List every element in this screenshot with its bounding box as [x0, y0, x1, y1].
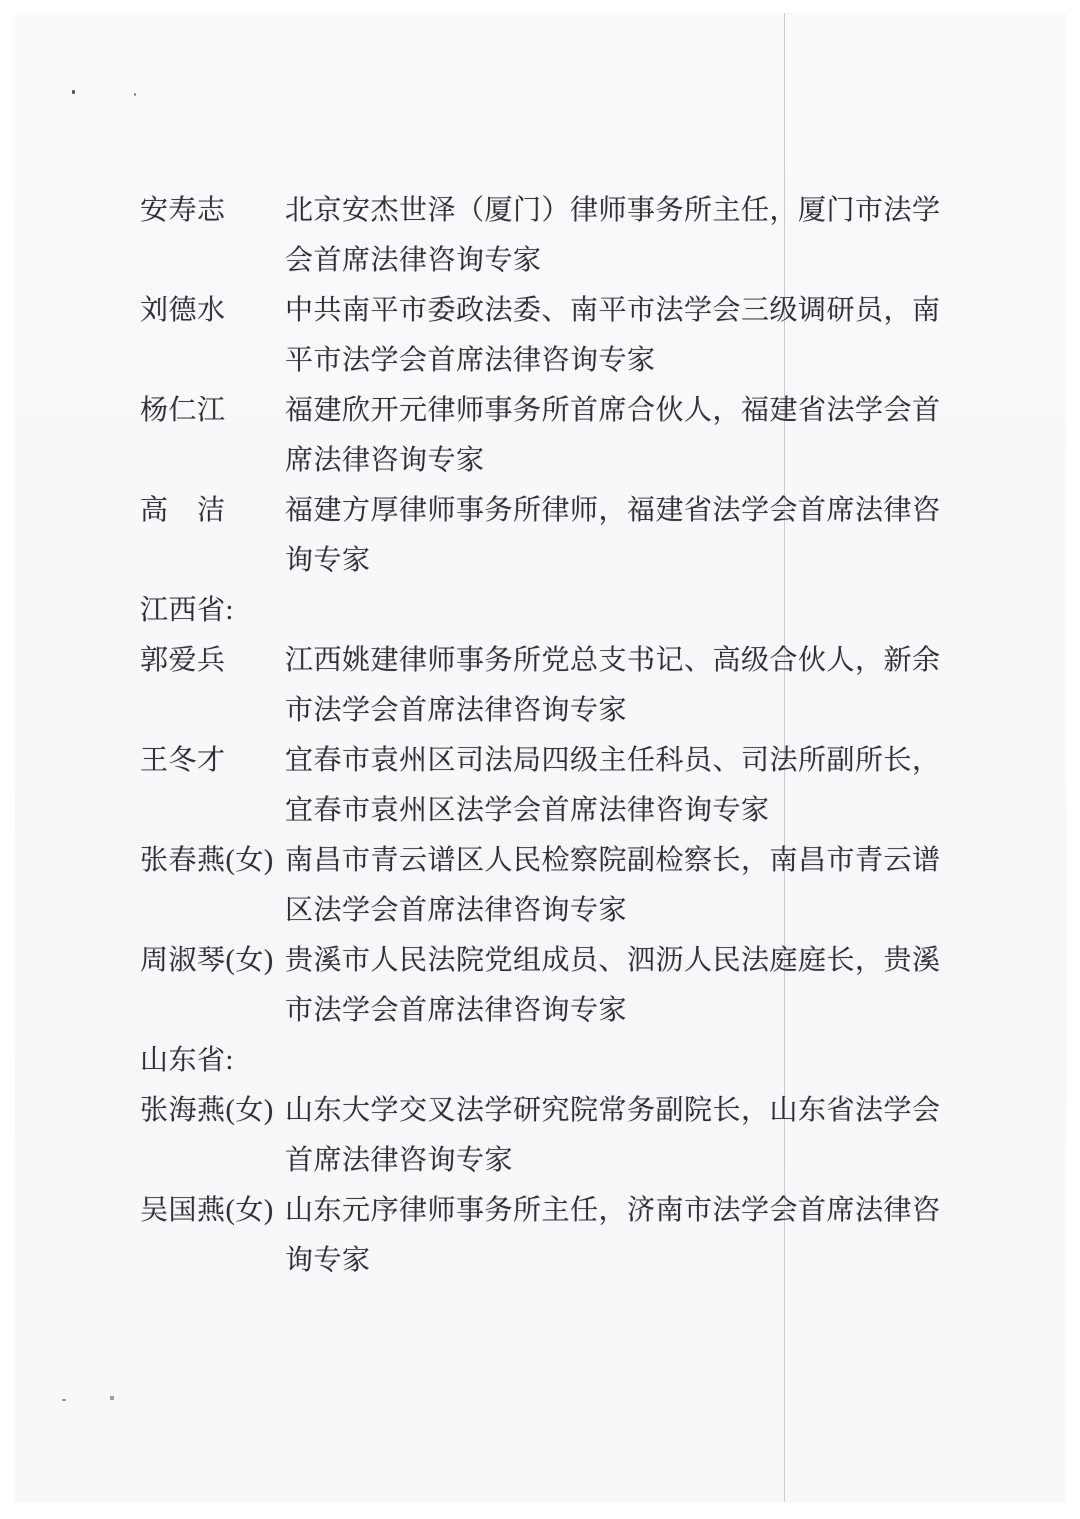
expert-name: 周淑琴(女): [140, 936, 274, 986]
expert-description-line: 区法学会首席法律咨询专家: [285, 886, 970, 936]
expert-roster: 安寿志北京安杰世泽（厦门）律师事务所主任，厦门市法学会首席法律咨询专家刘德水中共…: [140, 186, 970, 1286]
expert-name: 王冬才: [140, 736, 226, 786]
expert-description-line: 福建欣开元律师事务所首席合伙人，福建省法学会首: [285, 386, 970, 436]
expert-description-line: 市法学会首席法律咨询专家: [285, 686, 970, 736]
expert-description-line: 首席法律咨询专家: [285, 1136, 970, 1186]
expert-description: 福建欣开元律师事务所首席合伙人，福建省法学会首席法律咨询专家: [285, 386, 970, 486]
expert-description: 山东元序律师事务所主任，济南市法学会首席法律咨询专家: [285, 1186, 970, 1286]
expert-name: 郭爱兵: [140, 636, 226, 686]
scan-speck: [72, 90, 75, 94]
province-section-header: 山东省:: [140, 1036, 970, 1086]
expert-name: 张海燕(女): [140, 1086, 274, 1136]
expert-description-line: 宜春市袁州区法学会首席法律咨询专家: [285, 786, 970, 836]
expert-entry: 吴国燕(女)山东元序律师事务所主任，济南市法学会首席法律咨询专家: [140, 1186, 970, 1286]
expert-description-line: 宜春市袁州区司法局四级主任科员、司法所副所长，: [285, 736, 970, 786]
scan-speck: [110, 1396, 114, 1400]
expert-description-line: 询专家: [285, 536, 970, 586]
expert-description-line: 询专家: [285, 1236, 970, 1286]
expert-description: 南昌市青云谱区人民检察院副检察长，南昌市青云谱区法学会首席法律咨询专家: [285, 836, 970, 936]
expert-description-line: 市法学会首席法律咨询专家: [285, 986, 970, 1036]
expert-description-line: 江西姚建律师事务所党总支书记、高级合伙人，新余: [285, 636, 970, 686]
expert-description-line: 席法律咨询专家: [285, 436, 970, 486]
expert-entry: 安寿志北京安杰世泽（厦门）律师事务所主任，厦门市法学会首席法律咨询专家: [140, 186, 970, 286]
expert-entry: 张春燕(女)南昌市青云谱区人民检察院副检察长，南昌市青云谱区法学会首席法律咨询专…: [140, 836, 970, 936]
expert-entry: 杨仁江福建欣开元律师事务所首席合伙人，福建省法学会首席法律咨询专家: [140, 386, 970, 486]
scan-speck: [62, 1399, 66, 1401]
expert-description: 贵溪市人民法院党组成员、泗沥人民法庭庭长，贵溪市法学会首席法律咨询专家: [285, 936, 970, 1036]
expert-description-line: 南昌市青云谱区人民检察院副检察长，南昌市青云谱: [285, 836, 970, 886]
expert-description-line: 北京安杰世泽（厦门）律师事务所主任，厦门市法学: [285, 186, 970, 236]
expert-name: 刘德水: [140, 286, 226, 336]
expert-description: 山东大学交叉法学研究院常务副院长，山东省法学会首席法律咨询专家: [285, 1086, 970, 1186]
expert-entry: 周淑琴(女)贵溪市人民法院党组成员、泗沥人民法庭庭长，贵溪市法学会首席法律咨询专…: [140, 936, 970, 1036]
scanned-page: 安寿志北京安杰世泽（厦门）律师事务所主任，厦门市法学会首席法律咨询专家刘德水中共…: [15, 13, 1066, 1502]
expert-entry: 王冬才宜春市袁州区司法局四级主任科员、司法所副所长，宜春市袁州区法学会首席法律咨…: [140, 736, 970, 836]
expert-description-line: 山东大学交叉法学研究院常务副院长，山东省法学会: [285, 1086, 970, 1136]
expert-entry: 张海燕(女)山东大学交叉法学研究院常务副院长，山东省法学会首席法律咨询专家: [140, 1086, 970, 1186]
expert-entry: 刘德水中共南平市委政法委、南平市法学会三级调研员，南平市法学会首席法律咨询专家: [140, 286, 970, 386]
expert-name: 吴国燕(女): [140, 1186, 274, 1236]
expert-description-line: 福建方厚律师事务所律师，福建省法学会首席法律咨: [285, 486, 970, 536]
expert-description: 中共南平市委政法委、南平市法学会三级调研员，南平市法学会首席法律咨询专家: [285, 286, 970, 386]
expert-entry: 郭爱兵江西姚建律师事务所党总支书记、高级合伙人，新余市法学会首席法律咨询专家: [140, 636, 970, 736]
expert-description-line: 贵溪市人民法院党组成员、泗沥人民法庭庭长，贵溪: [285, 936, 970, 986]
expert-description: 北京安杰世泽（厦门）律师事务所主任，厦门市法学会首席法律咨询专家: [285, 186, 970, 286]
expert-description-line: 会首席法律咨询专家: [285, 236, 970, 286]
expert-description: 江西姚建律师事务所党总支书记、高级合伙人，新余市法学会首席法律咨询专家: [285, 636, 970, 736]
scan-speck: [134, 93, 136, 96]
expert-name: 安寿志: [140, 186, 226, 236]
province-section-header: 江西省:: [140, 586, 970, 636]
expert-name: 高 洁: [140, 486, 226, 536]
expert-description-line: 平市法学会首席法律咨询专家: [285, 336, 970, 386]
expert-name: 杨仁江: [140, 386, 226, 436]
expert-description: 福建方厚律师事务所律师，福建省法学会首席法律咨询专家: [285, 486, 970, 586]
expert-description-line: 山东元序律师事务所主任，济南市法学会首席法律咨: [285, 1186, 970, 1236]
expert-name: 张春燕(女): [140, 836, 274, 886]
expert-entry: 高 洁福建方厚律师事务所律师，福建省法学会首席法律咨询专家: [140, 486, 970, 586]
expert-description: 宜春市袁州区司法局四级主任科员、司法所副所长，宜春市袁州区法学会首席法律咨询专家: [285, 736, 970, 836]
expert-description-line: 中共南平市委政法委、南平市法学会三级调研员，南: [285, 286, 970, 336]
